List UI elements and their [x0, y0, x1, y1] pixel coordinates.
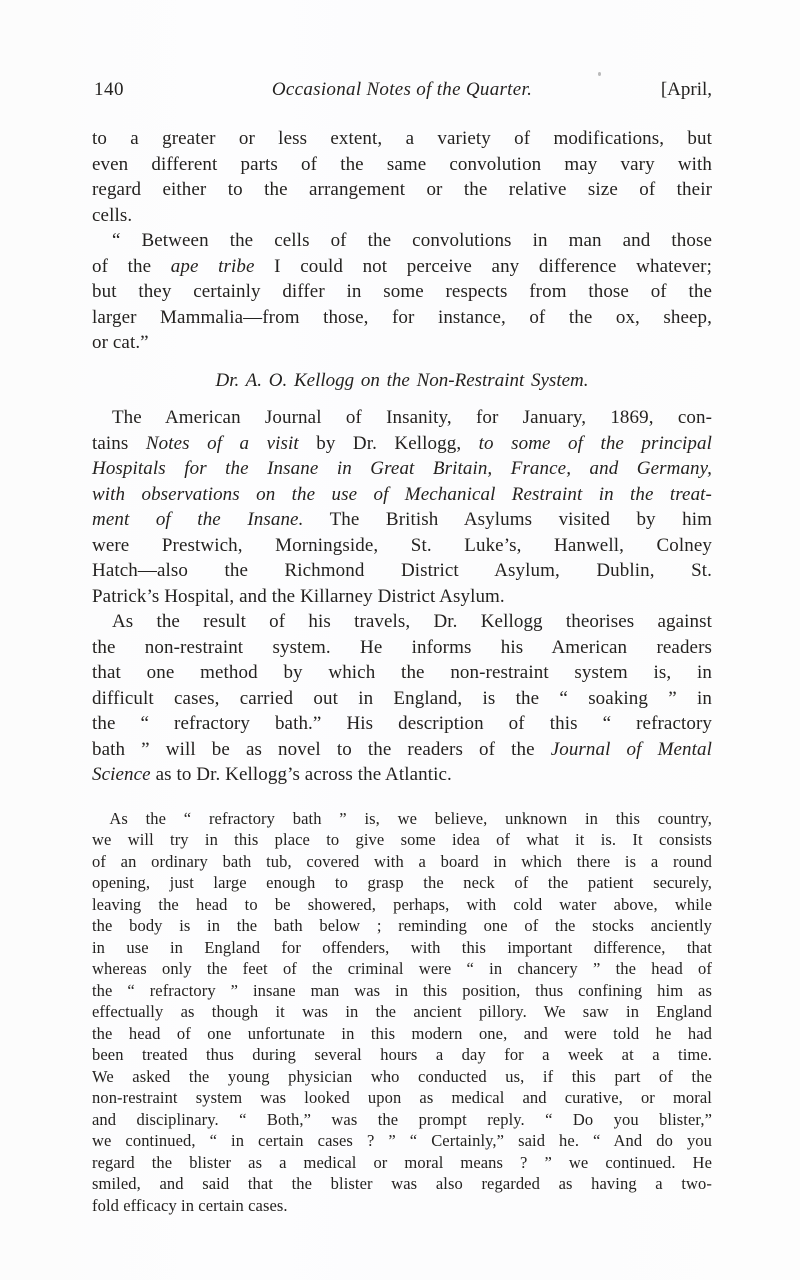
text-line: to a greater or less extent, a variety o…	[92, 126, 712, 152]
text-line: with observations on the use of Mechanic…	[92, 482, 712, 508]
quote-paragraph: “ Between the cells of the convolutions …	[92, 228, 712, 356]
text-line: the “ refractory bath.” His description …	[92, 711, 712, 737]
text-line: the non-restraint system. He informs his…	[92, 635, 712, 661]
text-line: difficult cases, carried out in England,…	[92, 686, 712, 712]
text-line: were Prestwich, Morningside, St. Luke’s,…	[92, 533, 712, 559]
text-line: or cat.”	[92, 330, 712, 356]
running-head: 140 Occasional Notes of the Quarter. [Ap…	[92, 78, 712, 101]
scan-artifact	[598, 72, 601, 76]
text-line: “ Between the cells of the convolutions …	[92, 228, 712, 254]
text-line: the “ refractory ” insane man was in thi…	[92, 980, 712, 1002]
text-line: cells.	[92, 203, 712, 229]
section-heading: Dr. A. O. Kellogg on the Non-Restraint S…	[92, 368, 712, 394]
text-line: that one method by which the non-restrai…	[92, 660, 712, 686]
running-title: Occasional Notes of the Quarter.	[92, 78, 712, 101]
text-line: we will try in this place to give some i…	[92, 829, 712, 851]
continuation-paragraph: to a greater or less extent, a variety o…	[92, 126, 712, 228]
text-line: and disciplinary. “ Both,” was the promp…	[92, 1109, 712, 1131]
text-line: in use in England for offenders, with th…	[92, 937, 712, 959]
text-line: opening, just large enough to grasp the …	[92, 872, 712, 894]
kellogg-theory-paragraph: As the result of his travels, Dr. Kellog…	[92, 609, 712, 788]
scanned-journal-page: 140 Occasional Notes of the Quarter. [Ap…	[0, 0, 800, 1280]
text-line: As the result of his travels, Dr. Kellog…	[92, 609, 712, 635]
text-line: fold efficacy in certain cases.	[92, 1195, 712, 1217]
text-line: We asked the young physician who conduct…	[92, 1066, 712, 1088]
text-line: bath ” will be as novel to the readers o…	[92, 737, 712, 763]
text-line: the head of one unfortunate in this mode…	[92, 1023, 712, 1045]
text-line: been treated thus during several hours a…	[92, 1044, 712, 1066]
text-line: larger Mammalia—from those, for instance…	[92, 305, 712, 331]
text-line: Science as to Dr. Kellogg’s across the A…	[92, 762, 712, 788]
text-line: The American Journal of Insanity, for Ja…	[92, 405, 712, 431]
text-line: whereas only the feet of the criminal we…	[92, 958, 712, 980]
text-line: leaving the head to be showered, perhaps…	[92, 894, 712, 916]
text-line: smiled, and said that the blister was al…	[92, 1173, 712, 1195]
text-line: the body is in the bath below ; remindin…	[92, 915, 712, 937]
text-line: regard the blister as a medical or moral…	[92, 1152, 712, 1174]
text-line: of the ape tribe I could not perceive an…	[92, 254, 712, 280]
refractory-bath-paragraph: As the “ refractory bath ” is, we believ…	[92, 808, 712, 1217]
issue-month: [April,	[661, 78, 712, 101]
text-line: effectually as though it was in the anci…	[92, 1001, 712, 1023]
text-line: of an ordinary bath tub, covered with a …	[92, 851, 712, 873]
text-line: Dr. A. O. Kellogg on the Non-Restraint S…	[92, 368, 712, 394]
text-line: even different parts of the same convolu…	[92, 152, 712, 178]
text-line: but they certainly differ in some respec…	[92, 279, 712, 305]
text-line: tains Notes of a visit by Dr. Kellogg, t…	[92, 431, 712, 457]
text-line: regard either to the arrangement or the …	[92, 177, 712, 203]
journal-intro-paragraph: The American Journal of Insanity, for Ja…	[92, 405, 712, 609]
page-content: 140 Occasional Notes of the Quarter. [Ap…	[0, 0, 800, 1216]
text-line: Patrick’s Hospital, and the Killarney Di…	[92, 584, 712, 610]
text-line: non-restraint system was looked upon as …	[92, 1087, 712, 1109]
text-line: ment of the Insane. The British Asylums …	[92, 507, 712, 533]
text-line: we continued, “ in certain cases ? ” “ C…	[92, 1130, 712, 1152]
text-line: Hospitals for the Insane in Great Britai…	[92, 456, 712, 482]
text-line: As the “ refractory bath ” is, we believ…	[92, 808, 712, 830]
text-line: Hatch—also the Richmond District Asylum,…	[92, 558, 712, 584]
